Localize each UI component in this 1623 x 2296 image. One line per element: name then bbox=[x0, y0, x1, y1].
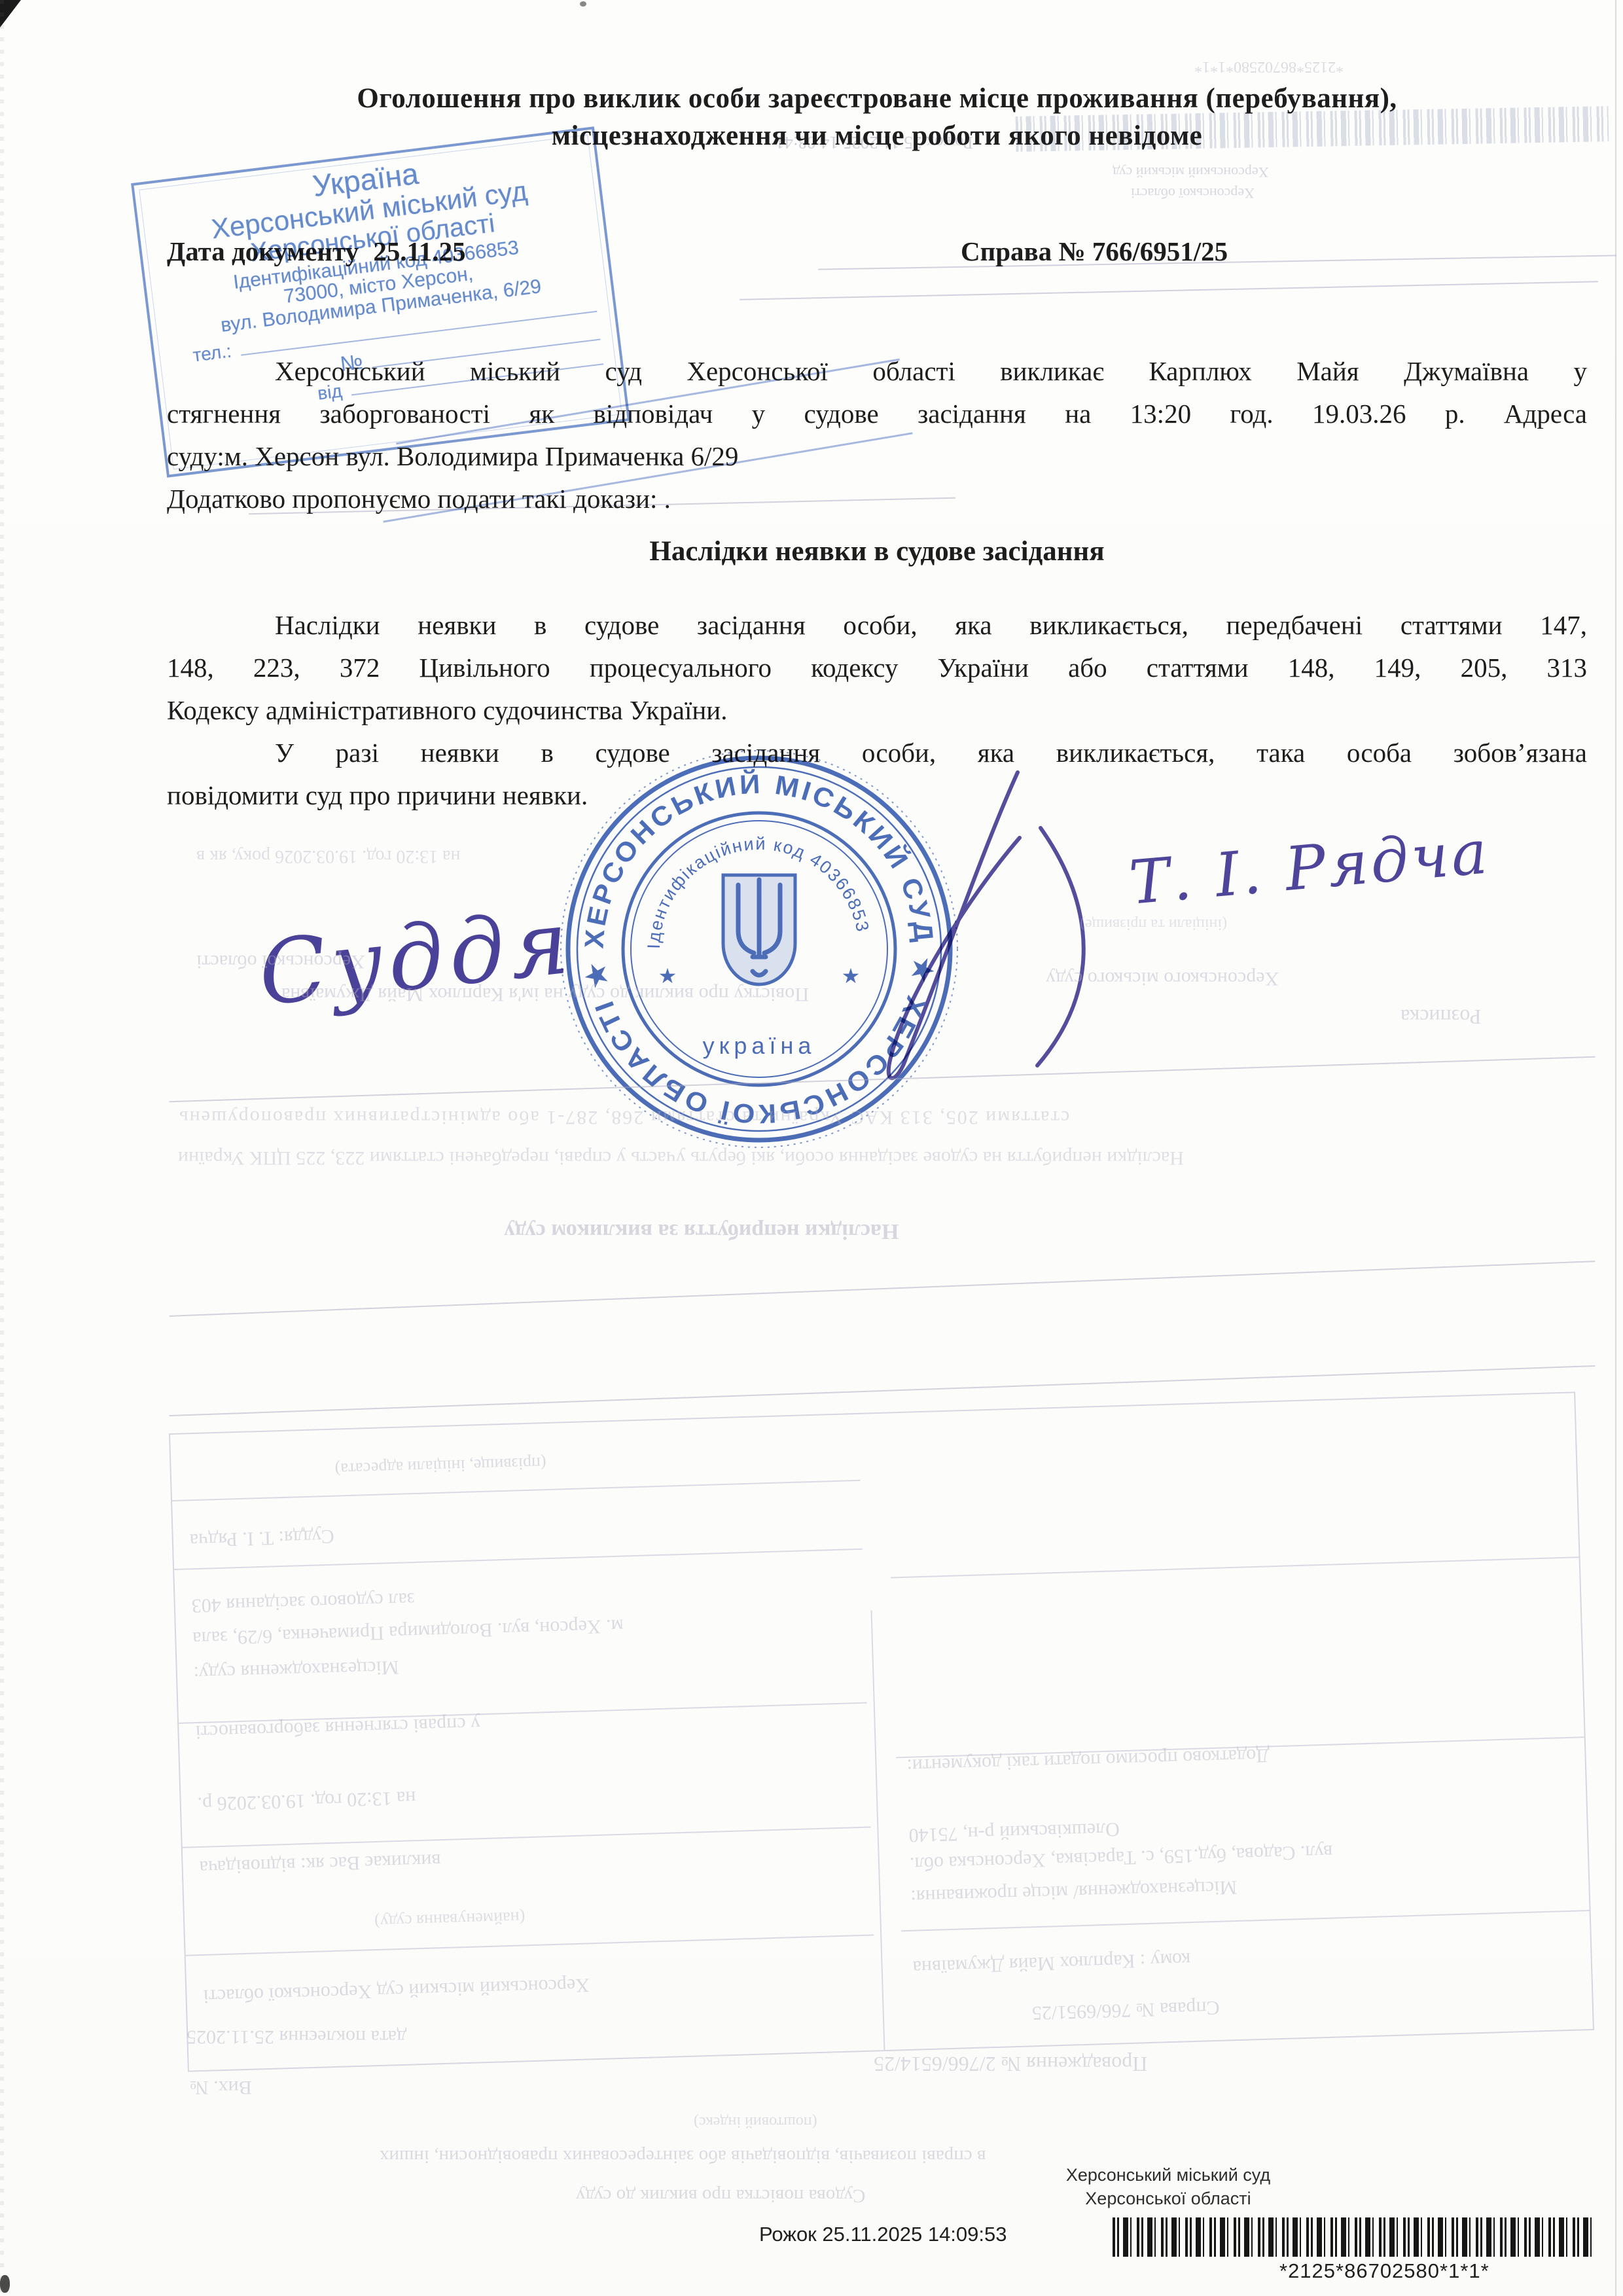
document-title-line-1: Оголошення про виклик особи зареєстрован… bbox=[167, 82, 1587, 115]
ghost-povistka: Повістку про виклик до суду на ім'я Карп… bbox=[281, 983, 809, 1005]
ghost-povistka-title: Судова повістка про виклик до суду bbox=[576, 2185, 865, 2206]
ghost-judge: Суддя: Т. І. Рядча bbox=[189, 1525, 334, 1552]
ghost-form-line bbox=[891, 1556, 1578, 1578]
ghost-residence-label: Місцезнаходження/ місце проживання: bbox=[910, 1876, 1238, 1908]
ghost-docs-line: Додатково просимо подати такі документи: bbox=[906, 1744, 1270, 1776]
ghost-form-line bbox=[172, 1480, 860, 1501]
scan-edge-line bbox=[1615, 0, 1616, 2296]
ghost-par-line1: статтями 205, 313 КАС України та статтям… bbox=[178, 1106, 1069, 1128]
ghost-district: Олешківський р-н, 75140 bbox=[908, 1818, 1120, 1846]
footer-barcode-text: *2125*86702580*1*1* bbox=[1279, 2259, 1489, 2283]
ghost-addressee-hint: (прізвище, ініціали адресата) bbox=[334, 1453, 546, 1479]
scan-left-noise bbox=[0, 0, 4, 2296]
ghost-time-line: на 13:20 год. 19.03.2026 року, як в bbox=[196, 846, 461, 867]
ghost-form-divider bbox=[871, 1610, 885, 2050]
ghost-case-line: у справі стягнення заборгованості bbox=[195, 1712, 481, 1743]
ghost-proceeding-no: Провадження № 2/766/6514/25 bbox=[874, 2052, 1147, 2076]
ghost-to-line: кому : Карплюх Майя Джумаївна bbox=[912, 1948, 1190, 1979]
ghost-time-line2: на 13:20 год. 19.03.2026 р. bbox=[197, 1786, 416, 1815]
scanned-court-summons-page: Рожок 25.11.2025 14:08:41 *2125*86702580… bbox=[0, 0, 1623, 2296]
ghost-hall: зал судового засідання 403 bbox=[191, 1588, 415, 1617]
footer-court-line2: Херсонської області bbox=[1037, 2189, 1299, 2209]
ghost-out-no: Вих. № bbox=[190, 2076, 252, 2098]
trident-icon bbox=[723, 875, 795, 984]
barcode bbox=[1113, 2217, 1594, 2257]
ghost-form-box: (прізвище, ініціали адресата) Суддя: Т. … bbox=[169, 1391, 1594, 2072]
ghost-postal-hint: (поштовий індекс) bbox=[694, 2113, 817, 2130]
ghost-barcode-text: *2125*86702580*1*1* bbox=[1194, 58, 1344, 75]
body-line: суду:м. Херсон вул. Володимира Примаченк… bbox=[167, 437, 1587, 476]
ghost-receipt: Розписка bbox=[1400, 1005, 1481, 1029]
ghost-court-genitive: Херсонського міського суду bbox=[1046, 967, 1279, 990]
body-line: стягнення заборгованості як відповідач у… bbox=[167, 394, 1587, 433]
ghost-heading: Наслідки неприбуття за викликом суду bbox=[504, 1219, 899, 1244]
ghost-form-line bbox=[186, 1935, 874, 1956]
body-line: Додатково пропонуємо подати такі докази:… bbox=[167, 479, 1587, 518]
footer-court-line1: Херсонський міський суд bbox=[1037, 2165, 1299, 2185]
ghost-glue-date: дата поклеєння 25.11.2025 bbox=[187, 2026, 406, 2048]
ghost-court-addr: м. Херсон, вул. Володимира Примаченка, 6… bbox=[192, 1615, 624, 1650]
ghost-form-line bbox=[174, 1549, 862, 1570]
section-heading: Наслідки неявки в судове засідання bbox=[167, 535, 1587, 567]
ghost-court-hint: (найменування суду) bbox=[374, 1907, 526, 1931]
body-line: Наслідки неявки в судове засідання особи… bbox=[167, 605, 1587, 645]
judge-name-signature: Т. І. Рядча bbox=[1126, 817, 1492, 918]
footer-scan-info: Рожок 25.11.2025 14:09:53 bbox=[759, 2223, 1007, 2246]
ghost-role-line: викликає Вас як: відповідача bbox=[199, 1849, 441, 1878]
ghost-form-line bbox=[183, 1827, 870, 1848]
ghost-court-name: Херсонський міський суд Херсонської обла… bbox=[203, 1973, 590, 2007]
body-line: Херсонський міський суд Херсонської обла… bbox=[167, 351, 1587, 391]
ghost-location-label: Місцезнаходження суду: bbox=[193, 1656, 399, 1684]
body-line: 148, 223, 372 Цивільного процесуального … bbox=[167, 648, 1587, 687]
ghost-parties-line: в справі позивачів, відповідачів або заі… bbox=[380, 2145, 986, 2167]
ghost-court-line2: Херсонської області bbox=[1131, 185, 1255, 202]
document-title-line-2: місцезнаходження чи місце роботи якого н… bbox=[167, 120, 1587, 152]
ghost-addr-line: вул. Садова, буд.159, с. Тарасівка, Херс… bbox=[910, 1840, 1333, 1875]
scan-speck bbox=[580, 1, 586, 7]
ghost-par-line2: Наслідки неприбуття на судове засідання … bbox=[178, 1147, 1184, 1169]
ghost-oblast: Херсонської області bbox=[196, 950, 365, 973]
body-line: Кодексу адміністративного судочинства Ук… bbox=[167, 691, 1587, 730]
ghost-form-line bbox=[901, 1910, 1589, 1931]
case-number: Справа № 766/6951/25 bbox=[961, 236, 1228, 267]
ghost-rule bbox=[740, 281, 1598, 300]
ghost-hint-initials: (ініціали та прізвище) bbox=[1080, 915, 1227, 933]
ghost-case-no: Справа № 766/6951/25 bbox=[1031, 1996, 1220, 2024]
seal-country-text: україна bbox=[703, 1032, 816, 1059]
ghost-rule bbox=[169, 1261, 1595, 1317]
ghost-court-line1: Херсонський міський суд bbox=[1113, 164, 1269, 181]
